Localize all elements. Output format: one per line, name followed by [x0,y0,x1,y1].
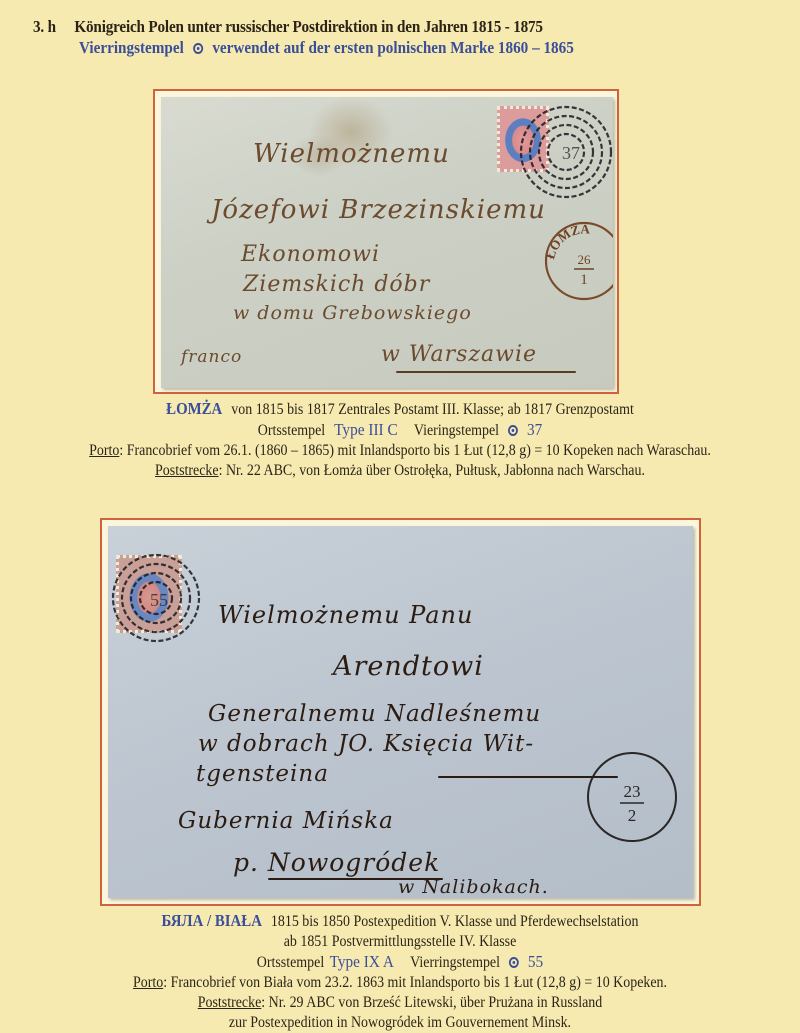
address-line: Ziemskich dóbr [243,272,430,297]
address-line: p. Nowogródek [233,848,440,877]
address-line: w domu Grebowskiego [233,302,472,324]
address-line: Arendtowi [333,651,484,682]
address-line: Wielmożnemu Panu [218,601,473,629]
route-text: : Nr. 29 ABC von Brześć Litewski, über P… [261,994,602,1011]
page-title: 3. hKönigreich Polen unter russischer Po… [33,17,714,37]
cover-frame-biala: 55 23 2 Wielmożnemu Panu Arendtowi Gener… [100,518,701,906]
title-text: Königreich Polen unter russischer Postdi… [74,17,542,36]
caption-line: OrtsstempelType IX AVierringstempel55 [40,952,760,973]
local-postmark-label: Ortsstempel [257,954,324,971]
address-line: Wielmożnemu [253,139,450,169]
porto-label: Porto [133,974,163,991]
svg-text:26: 26 [578,252,592,267]
postmark-type: Type III C [334,420,398,439]
local-postmark-label: Ortsstempel [258,422,325,439]
svg-text:37: 37 [562,143,580,163]
caption-line: Poststrecke: Nr. 22 ABC, von Łomża über … [40,461,760,481]
caption-biala: БЯЛА / BIAŁA1815 bis 1850 Postexpedition… [0,911,800,1033]
address-line: w Warszawie [381,342,537,367]
postage-stamp [497,106,549,172]
cover-frame-lomza: 37 ŁOMŻA 26 1 Wielmożnemu Józefowi Brzez… [153,89,619,394]
section-number: 3. h [33,17,74,37]
postage-stamp [116,555,182,633]
ring-cancel-label: Vierringstempel [410,954,500,971]
caption-line: Porto: Francobrief vom 26.1. (1860 – 186… [40,441,760,461]
caption-line: БЯЛА / BIAŁA1815 bis 1850 Postexpedition… [40,911,760,932]
address-line: Józefowi Brzezinskiemu [211,195,546,225]
four-ring-cancel-icon [508,425,518,436]
svg-text:1: 1 [580,272,588,288]
porto-label: Porto [89,442,119,459]
address-underline [396,371,576,373]
postal-history-text: 1815 bis 1850 Postexpedition V. Klasse u… [271,913,639,930]
address-line: tgensteina [196,761,329,787]
page-subtitle: Vierringstempelverwendet auf der ersten … [79,38,717,58]
address-line: Ekonomowi [241,242,380,267]
place-name: БЯЛА / BIAŁA [161,911,261,930]
ring-cancel-number: 37 [527,420,542,439]
caption-lomza: ŁOMŻAvon 1815 bis 1817 Zentrales Postamt… [0,399,800,481]
caption-line: OrtsstempelType III CVieringstempel37 [40,420,760,441]
four-ring-cancel-icon [193,43,203,54]
address-line: w dobrach JO. Księcia Wit- [198,731,534,757]
place-name: ŁOMŻA [166,399,222,418]
cover-image-lomza: 37 ŁOMŻA 26 1 Wielmożnemu Józefowi Brzez… [161,97,613,388]
postal-history-text: von 1815 bis 1817 Zentrales Postamt III.… [231,401,634,418]
four-ring-cancel-icon [509,957,519,968]
cover-image-biala: 55 23 2 Wielmożnemu Panu Arendtowi Gener… [108,526,693,898]
ring-cancel-label: Vieringstempel [414,422,499,439]
route-text: : Nr. 22 ABC, von Łomża über Ostrołęka, … [219,462,645,479]
page-header: 3. hKönigreich Polen unter russischer Po… [33,17,773,58]
franco-marking: franco [181,347,242,367]
caption-line: ŁOMŻAvon 1815 bis 1817 Zentrales Postamt… [40,399,760,420]
caption-line: zur Postexpedition in Nowogródek im Gouv… [40,1013,760,1033]
postal-history-text: ab 1851 Postvermittlungsstelle IV. Klass… [284,933,517,950]
svg-text:23: 23 [624,782,641,801]
route-label: Poststrecke [198,994,262,1011]
address-line: w Nalibokach. [398,876,549,898]
caption-line: ab 1851 Postvermittlungsstelle IV. Klass… [40,932,760,952]
ring-cancel-number: 55 [528,952,543,971]
postmark-type: Type IX A [330,952,394,971]
route-text-continued: zur Postexpedition in Nowogródek im Gouv… [229,1014,571,1031]
date-postmark-lomza: ŁOMŻA 26 1 [541,218,613,304]
svg-text:2: 2 [628,806,637,825]
address-line: Gubernia Mińska [178,808,394,834]
subtitle-suffix: verwendet auf der ersten polnischen Mark… [212,38,573,57]
address-line: Generalnemu Nadleśnemu [208,701,541,727]
porto-text: : Francobrief von Biała vom 23.2. 1863 m… [163,974,667,991]
caption-line: Porto: Francobrief von Biała vom 23.2. 1… [40,973,760,993]
porto-text: : Francobrief vom 26.1. (1860 – 1865) mi… [119,442,710,459]
address-flourish [438,776,618,778]
subtitle-prefix: Vierringstempel [79,38,184,57]
date-postmark-biala: 23 2 [582,747,682,847]
route-label: Poststrecke [155,462,219,479]
caption-line: Poststrecke: Nr. 29 ABC von Brześć Litew… [40,993,760,1013]
